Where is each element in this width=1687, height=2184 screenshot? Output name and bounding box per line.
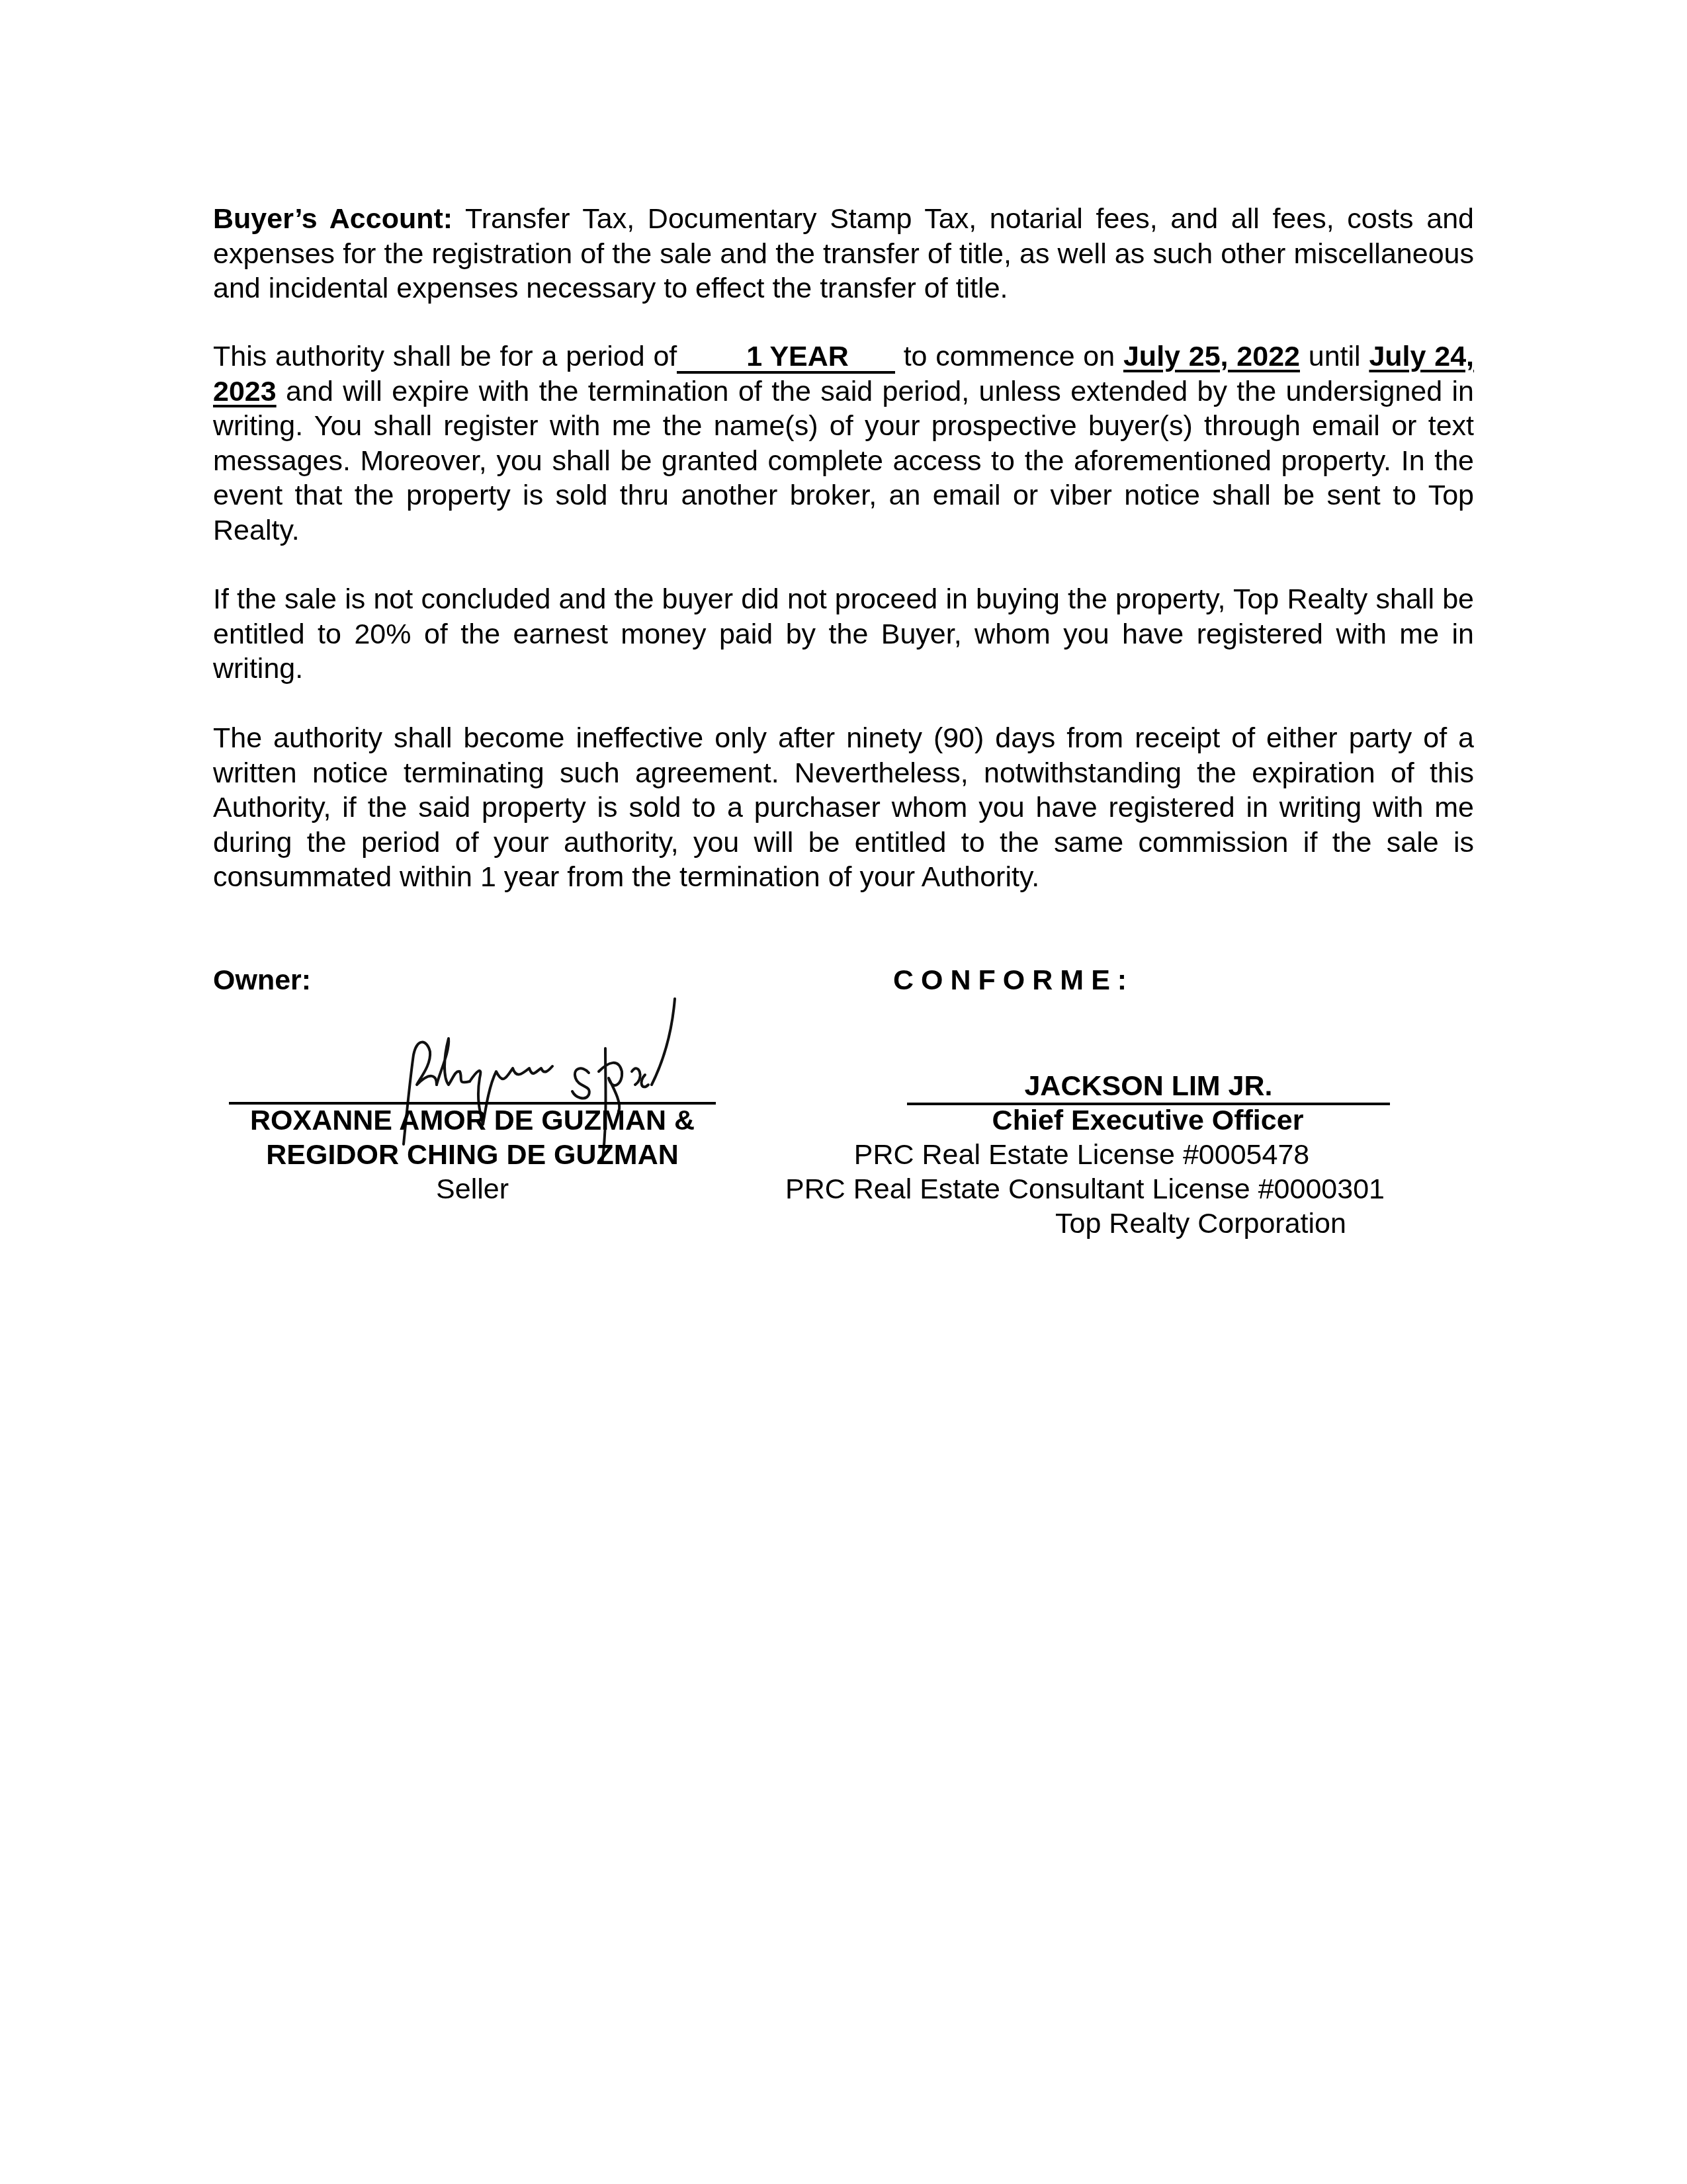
period-text-3: until xyxy=(1300,341,1369,372)
period-text-2: to commence on xyxy=(895,341,1123,372)
ceo-name: JACKSON LIM JR. xyxy=(907,1069,1390,1103)
conforme-label: CONFORME: xyxy=(893,964,1134,997)
buyers-account-paragraph: Buyer’s Account: Transfer Tax, Documenta… xyxy=(213,202,1474,306)
owner-role: Seller xyxy=(229,1172,716,1206)
ceo-company: Top Realty Corporation xyxy=(946,1206,1455,1241)
period-text-4: and will expire with the termination of … xyxy=(213,376,1474,546)
owner-signature-block: ROXANNE AMOR DE GUZMAN & REGIDOR CHING D… xyxy=(229,1103,716,1206)
start-date: July 25, 2022 xyxy=(1123,341,1300,372)
owner-name-line-1: ROXANNE AMOR DE GUZMAN & xyxy=(229,1103,716,1138)
authority-period-paragraph: This authority shall be for a period of1… xyxy=(213,339,1474,548)
owner-label: Owner: xyxy=(213,964,311,997)
earnest-money-paragraph: If the sale is not concluded and the buy… xyxy=(213,582,1474,687)
period-value: 1 YEAR xyxy=(677,342,895,374)
ceo-license-2: PRC Real Estate Consultant License #0000… xyxy=(761,1172,1409,1206)
period-text-1: This authority shall be for a period of xyxy=(213,341,677,372)
owner-name-line-2: REGIDOR CHING DE GUZMAN xyxy=(229,1138,716,1172)
buyers-account-label: Buyer’s Account: xyxy=(213,203,453,235)
termination-paragraph: The authority shall become ineffective o… xyxy=(213,721,1474,895)
ceo-license-1: PRC Real Estate License #0005478 xyxy=(827,1138,1336,1172)
ceo-title: Chief Executive Officer xyxy=(893,1103,1403,1138)
document-page: Buyer’s Account: Transfer Tax, Documenta… xyxy=(0,0,1687,2184)
